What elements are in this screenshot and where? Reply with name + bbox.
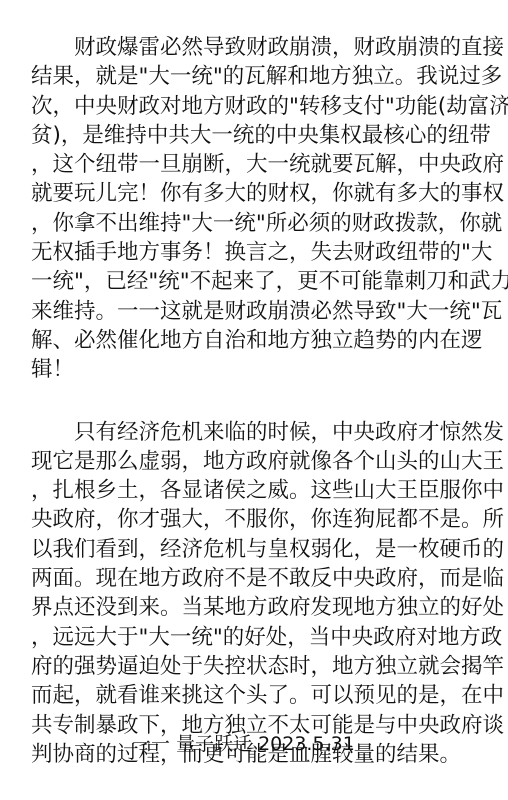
text-line: 结果，就是"大一统"的瓦解和地方独立。我说过多 [31,62,475,91]
article-body: 财政爆雷必然导致财政崩溃，财政崩溃的直接 结果，就是"大一统"的瓦解和地方独立。… [31,33,475,769]
text-line: 一统"，已经"统"不起来了，更不可能靠刺刀和武力 [31,267,475,296]
text-line: 辑！ [31,355,475,384]
text-line: 两面。现在地方政府不是不敢反中央政府，而是临 [31,564,475,593]
text-line: 只有经济危机来临的时候，中央政府才惊然发 [31,418,475,447]
paragraph-spacer [31,385,475,418]
text-line: 无权插手地方事务！换言之，失去财政纽带的"大 [31,238,475,267]
text-line: ，远远大于"大一统"的好处，当中央政府对地方政 [31,623,475,652]
paragraph-2: 只有经济危机来临的时候，中央政府才惊然发 现它是那么虚弱，地方政府就像各个山头的… [31,418,475,770]
text-line: 而起，就看谁来挑这个头了。可以预见的是，在中 [31,681,475,710]
paragraph-1: 财政爆雷必然导致财政崩溃，财政崩溃的直接 结果，就是"大一统"的瓦解和地方独立。… [31,33,475,385]
text-line: 来维持。一一这就是财政崩溃必然导致"大一统"瓦 [31,297,475,326]
text-line: 以我们看到，经济危机与皇权弱化，是一枚硬币的 [31,535,475,564]
text-line: 央政府，你才强大，不服你，你连狗屁都不是。所 [31,505,475,534]
text-line: 现它是那么虚弱，地方政府就像各个山头的山大王 [31,447,475,476]
text-line: ，你拿不出维持"大一统"所必须的财政拨款，你就 [31,209,475,238]
author-signature: 一一 量子跃迁 2023.5.31 [132,732,355,756]
text-line: 次，中央财政对地方财政的"转移支付"功能(劫富济 [31,92,475,121]
text-line: ，扎根乡土，各显诸侯之威。这些山大王臣服你中 [31,476,475,505]
text-line: 贫)，是维持中共大一统的中央集权最核心的纽带 [31,121,475,150]
text-line: 府的强势逼迫处于失控状态时，地方独立就会揭竿 [31,652,475,681]
text-line: ，这个纽带一旦崩断，大一统就要瓦解，中央政府 [31,150,475,179]
text-line: 解、必然催化地方自治和地方独立趋势的内在逻 [31,326,475,355]
text-line: 界点还没到来。当某地方政府发现地方独立的好处 [31,593,475,622]
text-line: 就要玩儿完！你有多大的财权，你就有多大的事权 [31,179,475,208]
text-line: 财政爆雷必然导致财政崩溃，财政崩溃的直接 [31,33,475,62]
